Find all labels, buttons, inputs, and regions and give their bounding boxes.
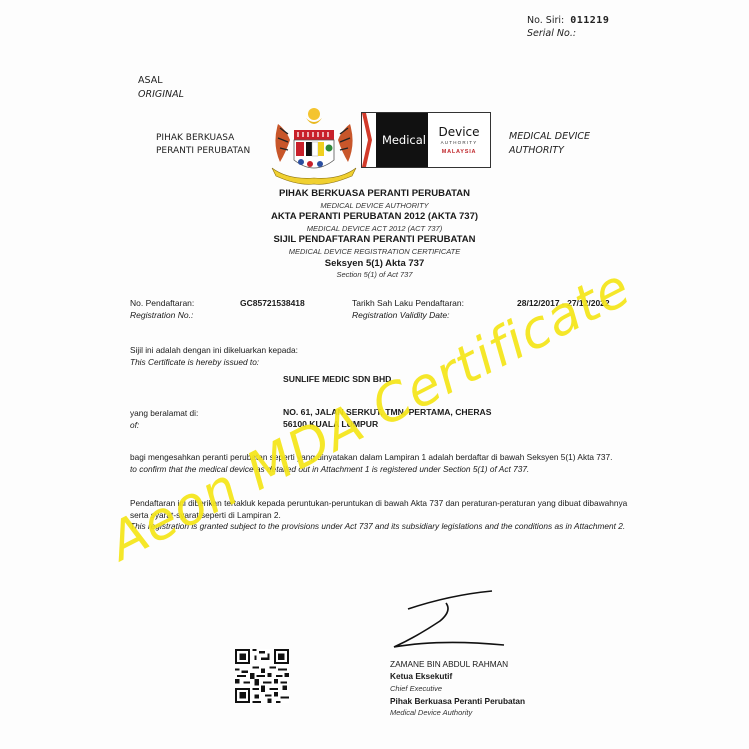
issued-to-label: Sijil ini adalah dengan ini dikeluarkan … bbox=[130, 345, 630, 368]
heading-certificate: SIJIL PENDAFTARAN PERANTI PERUBATAN bbox=[0, 234, 749, 246]
signatory-title-en: Chief Executive bbox=[390, 683, 525, 695]
address-line: 56100 KUALA LUMPUR bbox=[283, 419, 749, 431]
serial-label: No. Siri: bbox=[527, 15, 564, 26]
validity-label: Tarikh Sah Laku Pendaftaran: Registratio… bbox=[352, 297, 464, 321]
heading-section-en: Section 5(1) of Act 737 bbox=[0, 269, 749, 281]
label-ms: No. Pendaftaran: bbox=[130, 297, 194, 309]
authority-line: MEDICAL DEVICE bbox=[509, 130, 590, 144]
heading-act-en: MEDICAL DEVICE ACT 2012 (ACT 737) bbox=[0, 223, 749, 235]
qr-code[interactable] bbox=[235, 649, 289, 703]
authority-line: AUTHORITY bbox=[509, 144, 590, 158]
confirmation-paragraph: bagi mengesahkan peranti perubatan seper… bbox=[130, 452, 630, 475]
heading-authority: PIHAK BERKUASA PERANTI PERUBATAN bbox=[0, 188, 749, 200]
address-value: NO. 61, JALAN SERKUT, TMN. PERTAMA, CHER… bbox=[283, 407, 749, 430]
authority-line: PIHAK BERKUASA bbox=[156, 132, 250, 145]
mda-word-authority: AUTHORITY bbox=[441, 140, 478, 145]
label-ms: Sijil ini adalah dengan ini dikeluarkan … bbox=[130, 345, 630, 357]
authority-name-en: MEDICAL DEVICE AUTHORITY bbox=[509, 130, 590, 158]
label-ms: Tarikh Sah Laku Pendaftaran: bbox=[352, 297, 464, 309]
signatory-name: ZAMANE BIN ABDUL RAHMAN bbox=[390, 658, 525, 670]
heading-act: AKTA PERANTI PERUBATAN 2012 (AKTA 737) bbox=[0, 211, 749, 223]
signatory-block: ZAMANE BIN ABDUL RAHMAN Ketua Eksekutif … bbox=[390, 658, 525, 719]
certificate-heading: PIHAK BERKUASA PERANTI PERUBATAN MEDICAL… bbox=[0, 188, 749, 281]
registration-no-label: No. Pendaftaran: Registration No.: bbox=[130, 297, 194, 321]
conditions-ms: Pendaftaran ini diberikan tertakluk kepa… bbox=[130, 498, 630, 521]
signatory-org-en: Medical Device Authority bbox=[390, 707, 525, 719]
copy-type: ASAL ORIGINAL bbox=[138, 74, 184, 102]
registration-no-value: GC85721538418 bbox=[240, 297, 305, 309]
heading-authority-en: MEDICAL DEVICE AUTHORITY bbox=[0, 200, 749, 212]
conditions-en: This registration is granted subject to … bbox=[130, 521, 630, 533]
mda-logo: Medical Device AUTHORITY MALAYSIA bbox=[361, 112, 491, 168]
chevron-stripes-icon bbox=[362, 113, 376, 167]
signatory-org: Pihak Berkuasa Peranti Perubatan bbox=[390, 695, 525, 707]
signatory-title: Ketua Eksekutif bbox=[390, 670, 525, 682]
confirmation-ms: bagi mengesahkan peranti perubatan seper… bbox=[130, 452, 630, 464]
mda-logo-dark-panel: Medical bbox=[362, 113, 428, 167]
copy-type-ms: ASAL bbox=[138, 74, 184, 88]
copy-type-en: ORIGINAL bbox=[138, 88, 184, 102]
label-en: Registration No.: bbox=[130, 309, 194, 321]
validity-value: 28/12/2017 - 27/12/2022 bbox=[517, 297, 610, 309]
confirmation-en: to confirm that the medical device as de… bbox=[130, 464, 630, 476]
mda-word-malaysia: MALAYSIA bbox=[442, 149, 477, 155]
serial-number-block: No. Siri:011219 Serial No.: bbox=[527, 14, 609, 40]
mda-logo-light-panel: Device AUTHORITY MALAYSIA bbox=[428, 113, 490, 167]
authority-name-ms: PIHAK BERKUASA PERANTI PERUBATAN bbox=[156, 132, 250, 158]
serial-label-en: Serial No.: bbox=[527, 27, 609, 40]
serial-number: 011219 bbox=[570, 15, 609, 26]
mda-word-device: Device bbox=[438, 126, 479, 139]
mda-word-medical: Medical bbox=[382, 133, 426, 147]
address-line: NO. 61, JALAN SERKUT, TMN. PERTAMA, CHER… bbox=[283, 407, 749, 419]
conditions-paragraph: Pendaftaran ini diberikan tertakluk kepa… bbox=[130, 498, 630, 533]
coat-of-arms-icon bbox=[268, 104, 360, 186]
label-en: Registration Validity Date: bbox=[352, 309, 464, 321]
signature-image bbox=[380, 585, 550, 655]
label-en: This Certificate is hereby issued to: bbox=[130, 357, 630, 369]
heading-section: Seksyen 5(1) Akta 737 bbox=[0, 258, 749, 270]
authority-line: PERANTI PERUBATAN bbox=[156, 145, 250, 158]
company-name: SUNLIFE MEDIC SDN BHD bbox=[283, 374, 749, 386]
heading-certificate-en: MEDICAL DEVICE REGISTRATION CERTIFICATE bbox=[0, 246, 749, 258]
